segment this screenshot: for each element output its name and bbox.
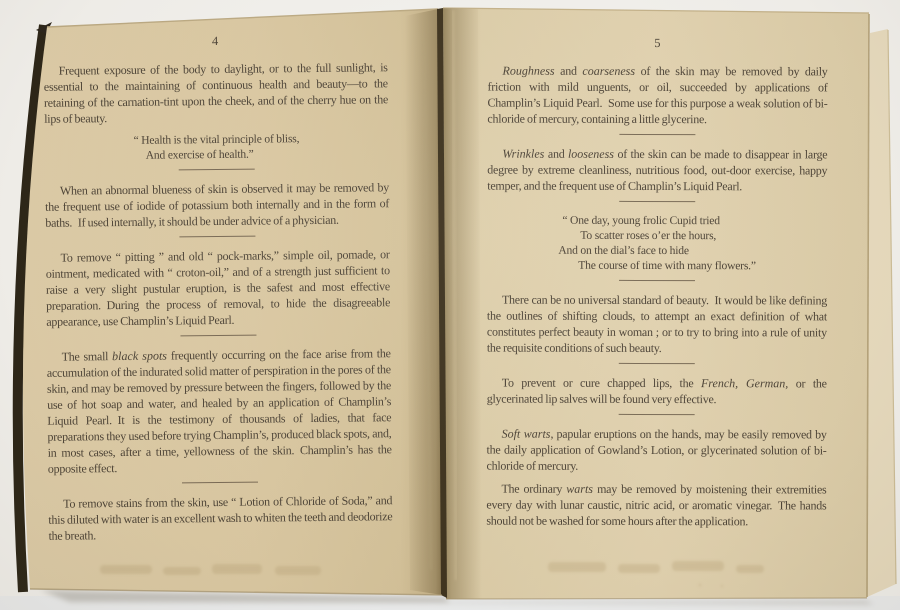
spine-shadow-right: [443, 8, 482, 599]
paragraph: Frequent exposure of the body to dayligh…: [44, 59, 389, 127]
page-number: 4: [43, 32, 387, 51]
separator-rule: [619, 414, 695, 415]
paragraph: The ordinary warts may be removed by moi…: [486, 481, 826, 530]
paragraph: There can be no universal standard of be…: [487, 292, 827, 357]
separator-rule: [619, 363, 695, 364]
separator-rule: [619, 134, 695, 135]
paragraph: When an abnormal blueness of skin is obs…: [45, 179, 389, 231]
verse-line: “ One day, young frolic Cupid tried: [558, 213, 756, 229]
left-page-text-column: 4Frequent exposure of the body to daylig…: [43, 32, 392, 551]
paragraph: Roughness and coarseness of the skin may…: [487, 63, 827, 128]
separator-rule: [619, 280, 695, 281]
separator-rule: [182, 482, 258, 484]
verse-line: And on the dial’s face to hide: [558, 243, 756, 259]
separator-rule: [179, 236, 255, 238]
book-photo-scene: 4Frequent exposure of the body to daylig…: [0, 0, 900, 610]
paragraph: The small black spots frequently occurri…: [47, 345, 392, 477]
separator-rule: [619, 201, 695, 202]
verse-quote: “ Health is the vital principle of bliss…: [133, 131, 299, 163]
right-page-text-column: 5Roughness and coarseness of the skin ma…: [486, 36, 827, 537]
separator-rule: [180, 335, 256, 337]
paragraph: Wrinkles and looseness of the skin can b…: [487, 146, 827, 195]
verse-line: “ Health is the vital principle of bliss…: [133, 131, 299, 148]
spine-shadow-left: [405, 9, 442, 595]
verse-line: The course of time with many flowers.”: [558, 258, 756, 274]
paragraph: To remove stains from the skin, use “ Lo…: [48, 492, 392, 544]
paragraph: To remove “ pitting ” and old “ pock-mar…: [46, 246, 391, 330]
verse-quote: “ One day, young frolic Cupid triedTo sc…: [558, 213, 756, 274]
separator-rule: [179, 169, 255, 171]
paragraph: Soft warts, papular eruptions on the han…: [487, 426, 827, 475]
page-number: 5: [488, 36, 828, 52]
paragraph: To prevent or cure chapped lips, the Fre…: [487, 375, 827, 408]
verse-line: And exercise of health.”: [134, 146, 300, 163]
verse-line: To scatter roses o’er the hours,: [558, 228, 756, 244]
